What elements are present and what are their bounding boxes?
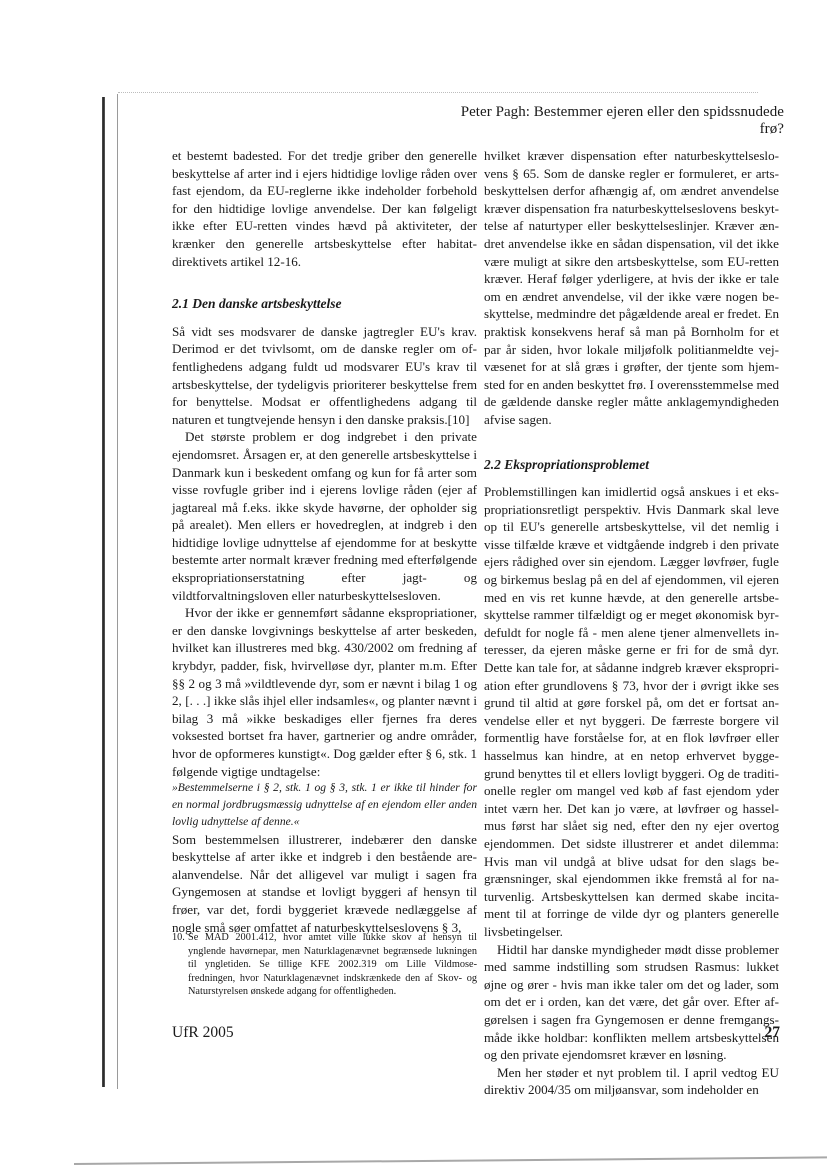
book-spine-shadow: [102, 97, 105, 1087]
paragraph: Så vidt ses modsvarer de danske jagtregl…: [172, 323, 477, 429]
footnote-text: Se MAD 2001.412, hvor amtet ville lukke …: [188, 931, 477, 999]
scan-top-edge: [118, 92, 758, 94]
footnote: 10. Se MAD 2001.412, hvor amtet ville lu…: [172, 931, 477, 999]
paragraph: et bestemt badested. For det tredje grib…: [172, 147, 477, 270]
section-heading: 2.1 Den danske artsbeskyttelse: [172, 295, 477, 313]
paragraph: Hvor der ikke er gennemført sådanne eksp…: [172, 604, 477, 780]
running-head: Peter Pagh: Bestemmer ejeren eller den s…: [454, 104, 784, 138]
paragraph: Hidtil har danske myndigheder mødt disse…: [484, 941, 779, 1064]
paragraph: Som bestemmelsen illustrerer, indebærer …: [172, 831, 477, 937]
paragraph: Men her støder et nyt problem til. I apr…: [484, 1064, 779, 1099]
left-column: et bestemt badested. For det tredje grib…: [172, 147, 477, 936]
paragraph: hvilket kræver dispensation efter naturb…: [484, 147, 779, 429]
scan-bottom-edge: [74, 1156, 827, 1165]
page-edge-line: [117, 94, 118, 1089]
paragraph: Det største problem er dog indgrebet i d…: [172, 428, 477, 604]
page-number: 27: [720, 1024, 780, 1042]
footnote-number: 10.: [172, 931, 185, 945]
section-heading: 2.2 Ekspropriationsproblemet: [484, 456, 779, 474]
journal-footer: UfR 2005: [172, 1024, 234, 1042]
paragraph: Problemstillingen kan imidlertid også an…: [484, 483, 779, 940]
block-quote: »Bestemmelserne i § 2, stk. 1 og § 3, st…: [172, 780, 477, 830]
right-column: hvilket kræver dispensation efter naturb…: [484, 147, 779, 1099]
